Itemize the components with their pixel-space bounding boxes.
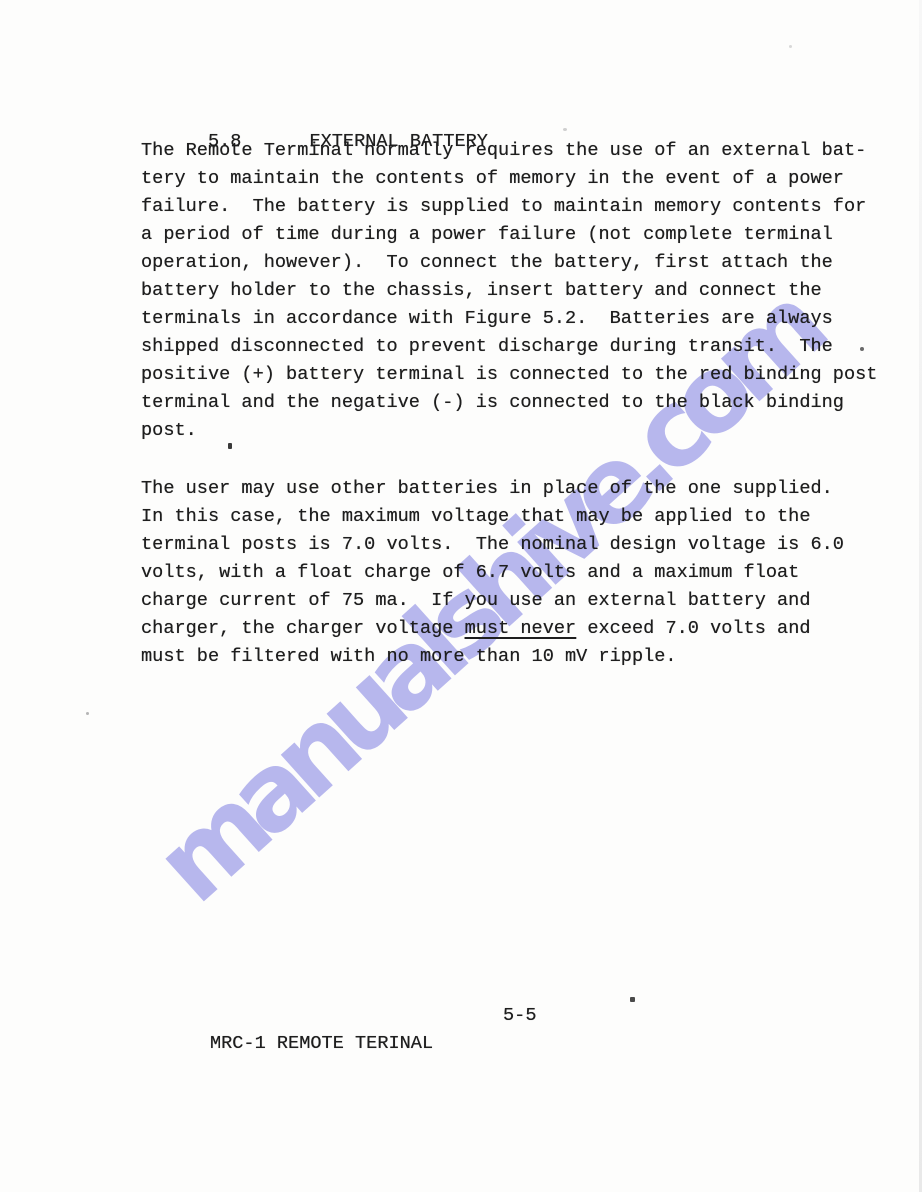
scan-speck <box>563 128 567 131</box>
body-line: charger, the charger voltage must never … <box>141 615 844 643</box>
scan-speck <box>630 997 635 1002</box>
body-line: shipped disconnected to prevent discharg… <box>141 333 877 361</box>
body-line: battery holder to the chassis, insert ba… <box>141 277 877 305</box>
body-line: terminals in accordance with Figure 5.2.… <box>141 305 877 333</box>
page-footer: MRC-1 REMOTE TERINAL 5-5 <box>143 1002 743 1030</box>
document-text-layer: 5.8EXTERNAL BATTERY The Remote Terminal … <box>0 0 922 1192</box>
body-line: tery to maintain the contents of memory … <box>141 165 877 193</box>
scan-speck <box>789 45 792 48</box>
body-line: charge current of 75 ma. If you use an e… <box>141 587 844 615</box>
paragraph-2: The user may use other batteries in plac… <box>141 475 844 671</box>
footer-page-number: 5-5 <box>503 1002 536 1030</box>
underlined-phrase: must never <box>465 618 577 639</box>
body-line: failure. The battery is supplied to main… <box>141 193 877 221</box>
body-line: terminal and the negative (-) is connect… <box>141 389 877 417</box>
body-line: The user may use other batteries in plac… <box>141 475 844 503</box>
body-line: positive (+) battery terminal is connect… <box>141 361 877 389</box>
body-line: post. <box>141 417 877 445</box>
scanned-document-page: manualshive.com 5.8EXTERNAL BATTERY The … <box>0 0 922 1192</box>
line-segment: exceed 7.0 volts and <box>576 618 810 639</box>
scan-speck <box>228 443 232 449</box>
body-line: must be filtered with no more than 10 mV… <box>141 643 844 671</box>
body-line: operation, however). To connect the batt… <box>141 249 877 277</box>
line-segment: charger, the charger voltage <box>141 618 465 639</box>
scan-speck <box>86 712 89 715</box>
scan-speck <box>860 347 864 351</box>
body-line: a period of time during a power failure … <box>141 221 877 249</box>
body-line: The Remote Terminal normally requires th… <box>141 137 877 165</box>
body-line: In this case, the maximum voltage that m… <box>141 503 844 531</box>
paragraph-1: The Remote Terminal normally requires th… <box>141 137 877 445</box>
section-heading: 5.8EXTERNAL BATTERY <box>141 100 488 128</box>
footer-doc-title: MRC-1 REMOTE TERINAL <box>210 1033 433 1054</box>
body-line: terminal posts is 7.0 volts. The nominal… <box>141 531 844 559</box>
body-line: volts, with a float charge of 6.7 volts … <box>141 559 844 587</box>
